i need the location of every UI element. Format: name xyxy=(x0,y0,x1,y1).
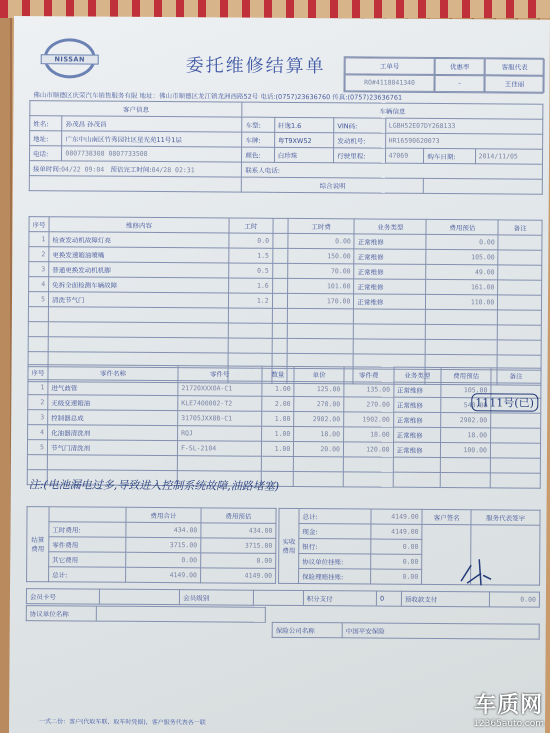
order-no: RO#4118041340 xyxy=(344,74,434,92)
document-title: 委托维修结算单 xyxy=(186,51,326,78)
fee-summary-table: 结算费用费用合计费用预估 工时费用:434.00434.00 零件费用3715.… xyxy=(26,506,277,584)
labor-table: 序号维修内容工时工时费业务类型费用预估备注 1检查发动机故障灯亮0.00.00正… xyxy=(27,216,542,386)
repair-invoice-paper: NISSAN 委托维修结算单 工单号 优惠率 客服代表 RO#411804134… xyxy=(9,16,550,733)
signature-scribble-icon xyxy=(457,555,497,587)
parts-table: 序号零件名称零件号数量单价零件费业务类型费用预估备注 1进气歧管21720XXX… xyxy=(27,364,542,489)
work-order-box: 工单号 优惠率 客服代表 RO#4118041340 - 王佳丽 xyxy=(343,56,543,93)
discount: - xyxy=(434,75,484,92)
service-rep-label: 客服代表 xyxy=(485,58,545,75)
handwritten-remark: 1111号(已) xyxy=(471,393,538,411)
customer-vehicle-table: 客户信息车辆信息 姓名:孙茂昌 孙茂昌 车型:轩逸1.6VIN码:LGBH52E… xyxy=(29,100,544,195)
payment-table: 实收费用总计:4149.00客户签名服务代表签字 现金:4149.00 银行:0… xyxy=(278,508,541,586)
discount-label: 优惠率 xyxy=(435,58,485,75)
nissan-logo-icon: NISSAN xyxy=(44,38,96,78)
footer-note: 一式二份：客户(代取车联、取车时凭据)，客户服务代表各一联 xyxy=(39,716,206,726)
handwritten-note: 注:(电池漏电过多,导致进入控制系统故障,油路堵塞) xyxy=(29,476,279,494)
agreement-table: 协议单位名称 xyxy=(26,605,266,623)
service-rep: 王佳丽 xyxy=(484,75,544,92)
watermark: 车质网 12365auto.com xyxy=(473,688,544,729)
insurer-table: 保险公司名称中国平安保险 xyxy=(272,622,540,640)
order-no-label: 工单号 xyxy=(345,57,435,75)
